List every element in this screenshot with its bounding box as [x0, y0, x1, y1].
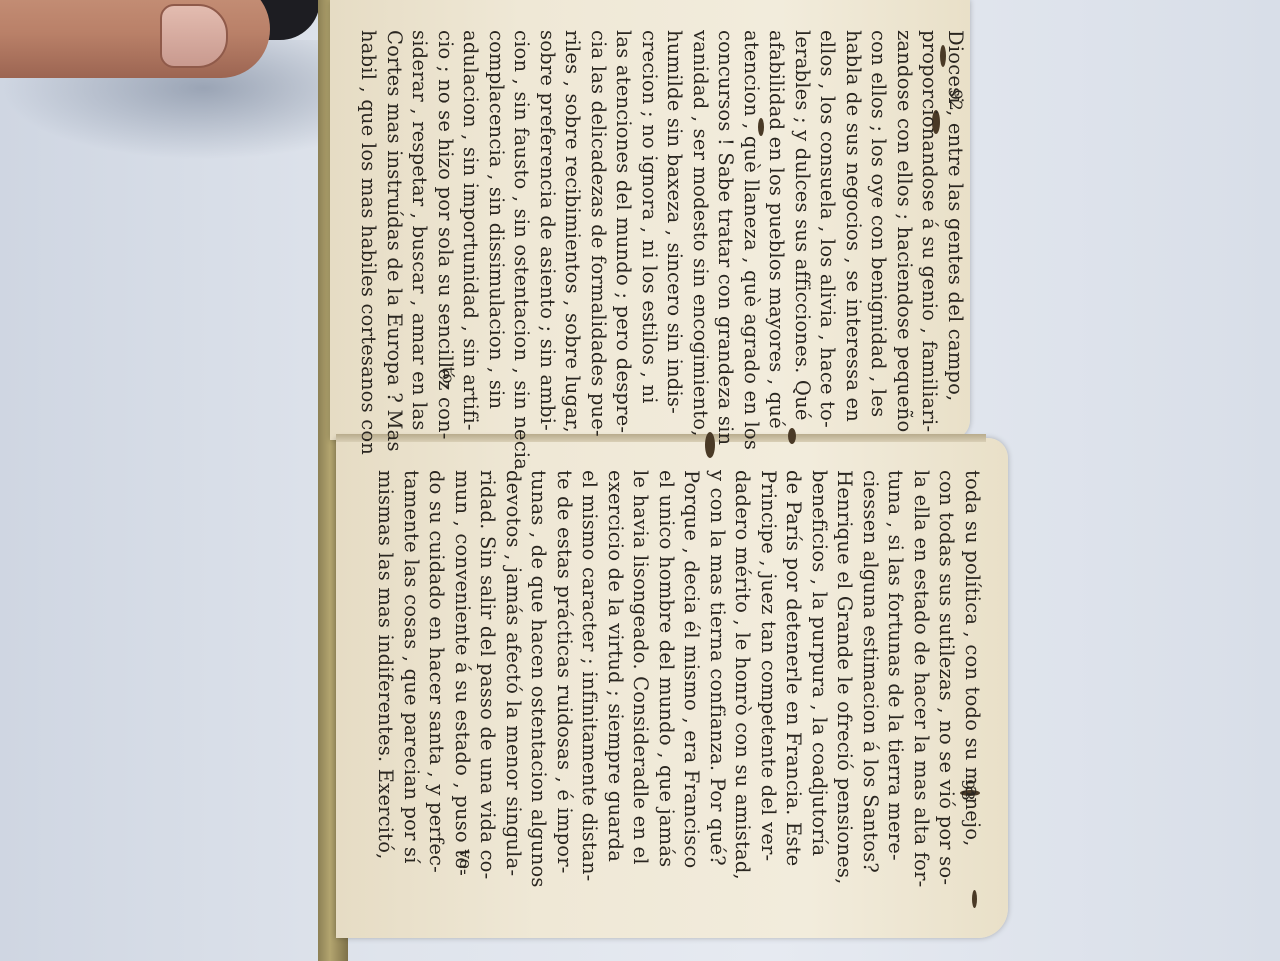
text-line: adulacion , sin importunidad , sin artif…: [458, 30, 484, 420]
text-line: mismas las mas indiferentes. Exercitó,: [373, 470, 399, 910]
text-line: Henrique el Grande le ofreció pensiones,: [832, 470, 858, 910]
text-line: con todas sus sutilezas , no se vió por …: [934, 470, 960, 910]
text-line: vanidad , ser modesto sin encogimiento,: [688, 30, 714, 420]
text-line: do su cuidado en hacer santa , y perfec-: [424, 470, 450, 910]
text-line: exercicio de la virtud ; siempre guarda: [603, 470, 629, 910]
text-line: cia las delicadezas de formalidades pue-: [586, 30, 612, 420]
text-line: ellos , los consuela , los alivia , hace…: [815, 30, 841, 420]
text-line: la ella en estado de hacer la mas alta f…: [909, 470, 935, 910]
stain-mark: [788, 428, 796, 444]
text-line: le havia lisongeado. Consideradle en el: [628, 470, 654, 910]
text-line: afabilidad en los pueblos mayores , qué: [764, 30, 790, 420]
text-line: concursos ! Sabe tratar con grandeza sin: [713, 30, 739, 420]
text-line: de París por detenerle en Francia. Este: [781, 470, 807, 910]
text-line: tamente las cosas , que parecian por sí: [399, 470, 425, 910]
text-line: Porque , decia él mismo , era Francisco: [679, 470, 705, 910]
text-line: ciessen alguna estimacion á los Santos?: [858, 470, 884, 910]
text-line: te de estas prácticas ruidosas , é impor…: [552, 470, 578, 910]
text-line: ridad. Sin salir del passo de una vida c…: [475, 470, 501, 910]
fingernail: [160, 4, 228, 68]
text-line: siderar , respetar , buscar , amar en la…: [407, 30, 433, 420]
page-93-text: toda su política , con todo su manejo, c…: [373, 470, 985, 910]
text-line: proporcionandose á su genio , familiari-: [917, 30, 943, 420]
text-line: Diocesi , entre las gentes del campo,: [943, 30, 969, 420]
text-line: lerables ; y dulces sus afficciones. Qué: [790, 30, 816, 420]
text-line: cio ; no se hizo por sola su sencilléz c…: [433, 30, 459, 420]
text-line: tunas , de que hacen ostentacion algunos: [526, 470, 552, 910]
text-line: Cortes mas instruídas de la Europa ? Mas: [382, 30, 408, 420]
text-line: humilde sin baxeza , sincero sin indis-: [662, 30, 688, 420]
text-line: sobre preferencia de asiento ; sin ambi-: [535, 30, 561, 420]
text-line: el unico hombre del mundo , que jamás: [654, 470, 680, 910]
text-line: con ellos ; los oye con benignidad , les: [866, 30, 892, 420]
text-line: y con la mas tierna confianza. Por qué?: [705, 470, 731, 910]
text-line: crecion ; no ignora , ni los estilos , n…: [637, 30, 663, 420]
text-line: tuna , si las fortunas de la tierra mere…: [883, 470, 909, 910]
text-line: habla de sus negocios , se interessa en: [841, 30, 867, 420]
text-line: las atenciones del mundo ; pero despre-: [611, 30, 637, 420]
text-line: beneficios , la purpura , la coadjutoría: [807, 470, 833, 910]
text-line: Principe , juez tan competente del ver-: [756, 470, 782, 910]
text-line: mun , conveniente á su estado , puso to-: [450, 470, 476, 910]
text-line: atencion , què llaneza , què agrado en l…: [739, 30, 765, 420]
finger: [0, 0, 270, 78]
text-line: dadero mérito , le honrò con su amistad,: [730, 470, 756, 910]
text-line: riles , sobre recibimientos , sobre luga…: [560, 30, 586, 420]
text-line: habil , que los mas habiles cortesanos c…: [356, 30, 382, 420]
text-line: zandose con ellos ; haciendose pequeño: [892, 30, 918, 420]
text-line: el mismo caracter ; infinitamente distan…: [577, 470, 603, 910]
page-92-text: Diocesi , entre las gentes del campo, pr…: [356, 30, 968, 420]
catchword-bottom: vo-: [455, 849, 475, 875]
text-line: complacencia , sin dissimulacion , sin: [484, 30, 510, 420]
catchword-top: to-: [437, 367, 457, 390]
text-line: cion , sin fausto , sin ostentacion , si…: [509, 30, 535, 420]
text-line: devotos , jamás afectó la menor singula-: [501, 470, 527, 910]
text-line: toda su política , con todo su manejo,: [960, 470, 986, 910]
